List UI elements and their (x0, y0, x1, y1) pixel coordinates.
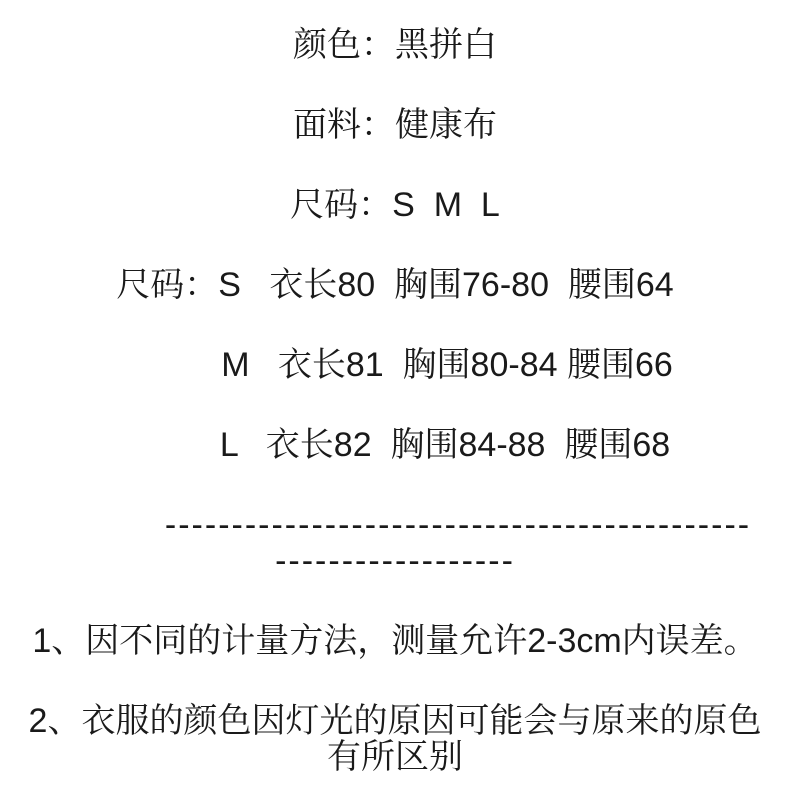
note-measurement-tolerance: 1、因不同的计量方法，测量允许2-3cm内误差。 (0, 623, 790, 659)
dashed-divider: ----------------------------------------… (0, 507, 790, 579)
fabric-spec-line: 面料：健康布 (0, 107, 790, 143)
size-options-line: 尺码：S M L (0, 187, 790, 223)
color-spec-line: 颜色：黑拼白 (0, 27, 790, 63)
size-row-l: L 衣长82 胸围84-88 腰围68 (50, 427, 790, 463)
note-color-difference: 2、衣服的颜色因灯光的原因可能会与原来的原色有所区别 (19, 703, 771, 775)
divider-line-1: ----------------------------------------… (63, 507, 790, 543)
product-spec-sheet: 颜色：黑拼白 面料：健康布 尺码：S M L 尺码：S 衣长80 胸围76-80… (0, 0, 790, 775)
size-row-m: M 衣长81 胸围80-84 腰围66 (52, 347, 790, 383)
divider-line-2: ------------------ (0, 543, 790, 579)
size-row-s: 尺码：S 衣长80 胸围76-80 腰围64 (0, 267, 790, 303)
